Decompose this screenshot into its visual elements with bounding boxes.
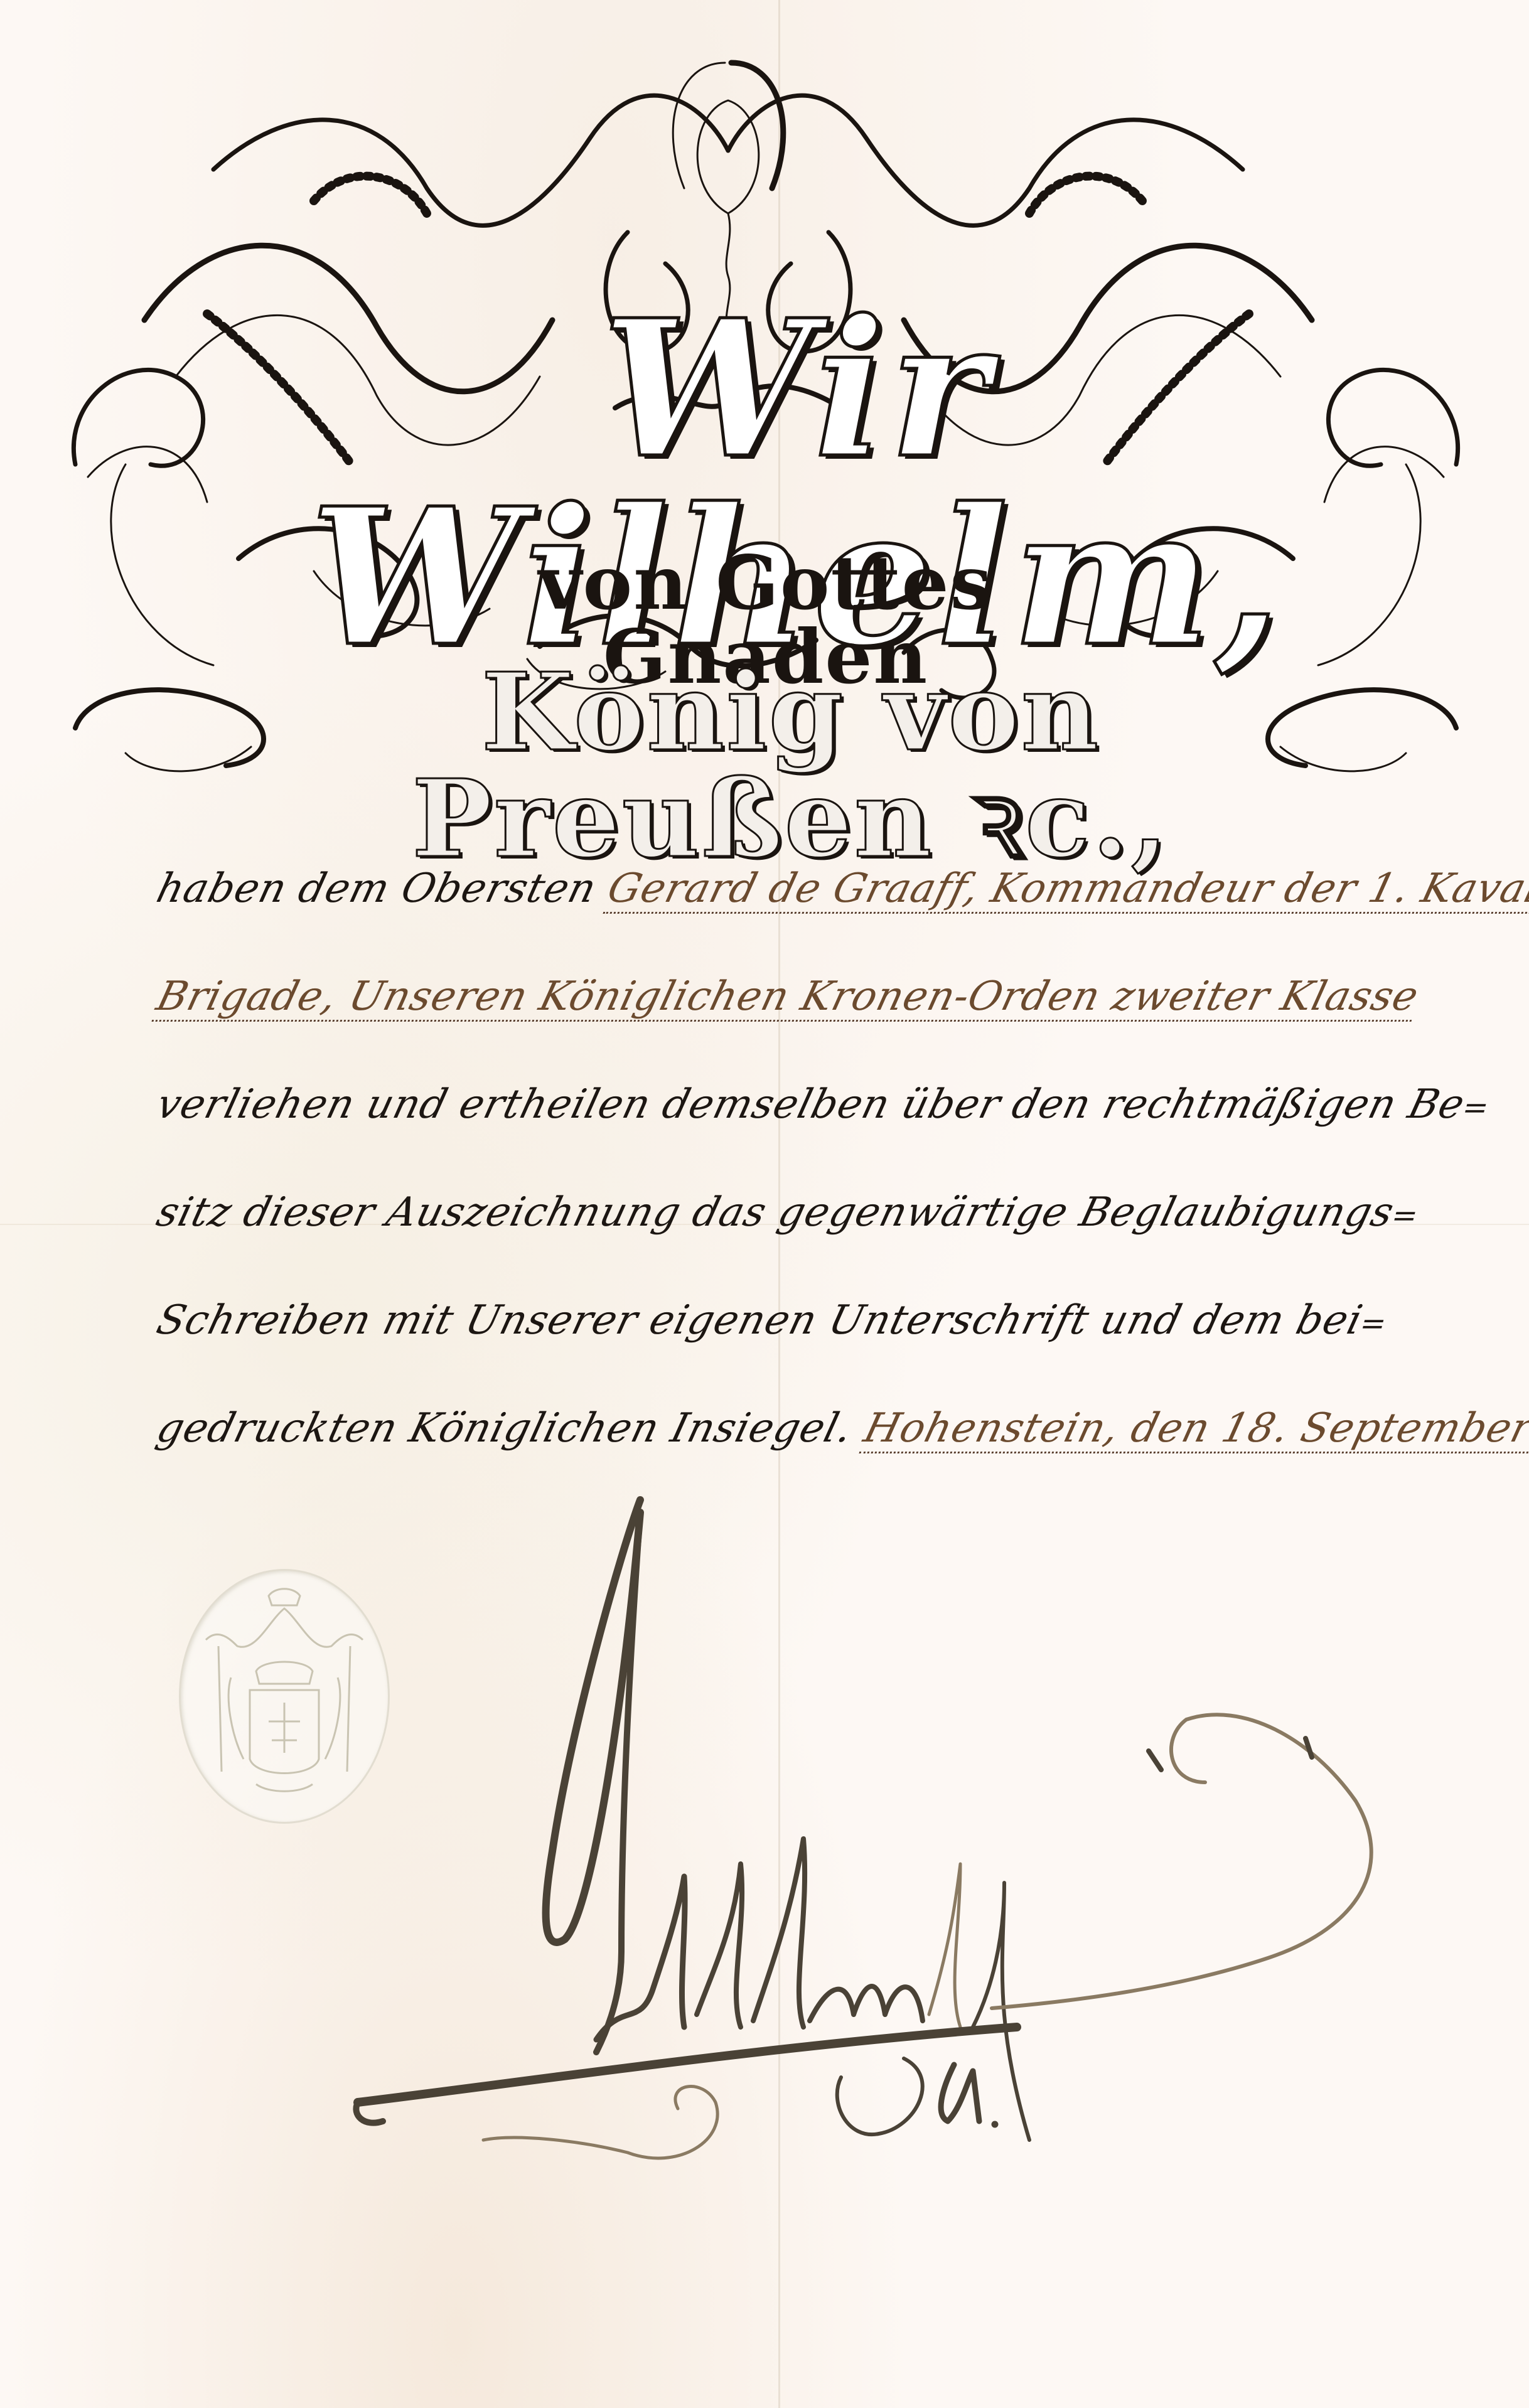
printed-text: sitz dieser Auszeichnung das gegenwärtig… (152, 1189, 1398, 1236)
body-line-1: haben dem Obersten Gerard de Graaff, Kom… (144, 835, 1452, 943)
royal-signature: Wilhelm R. (326, 1475, 1456, 2165)
decree-body: haben dem Obersten Gerard de Graaff, Kom… (144, 835, 1425, 1482)
printed-text: haben dem Obersten (152, 865, 614, 912)
body-line-5: Schreiben mit Unserer eigenen Unterschri… (144, 1266, 1452, 1374)
handwritten-award: Brigade, Unseren Königlichen Kronen-Orde… (151, 973, 1423, 1022)
handwritten-place-date: Hohenstein, den 18. September 1908. (859, 1405, 1529, 1453)
body-line-3: verliehen und ertheilen demselben über d… (144, 1051, 1452, 1159)
handwritten-recipient: Gerard de Graaff, Kommandeur der 1. Kava… (603, 865, 1529, 914)
printed-text: Schreiben mit Unserer eigenen Unterschri… (152, 1297, 1367, 1344)
body-line-2: Brigade, Unseren Königlichen Kronen-Orde… (144, 943, 1452, 1051)
body-line-6: gedruckten Königlichen Insiegel. Hohenst… (144, 1374, 1452, 1482)
body-line-4: sitz dieser Auszeichnung das gegenwärtig… (144, 1159, 1452, 1266)
printed-text: verliehen und ertheilen demselben über d… (152, 1081, 1469, 1128)
printed-text: gedruckten Königlichen Insiegel. (152, 1405, 871, 1452)
